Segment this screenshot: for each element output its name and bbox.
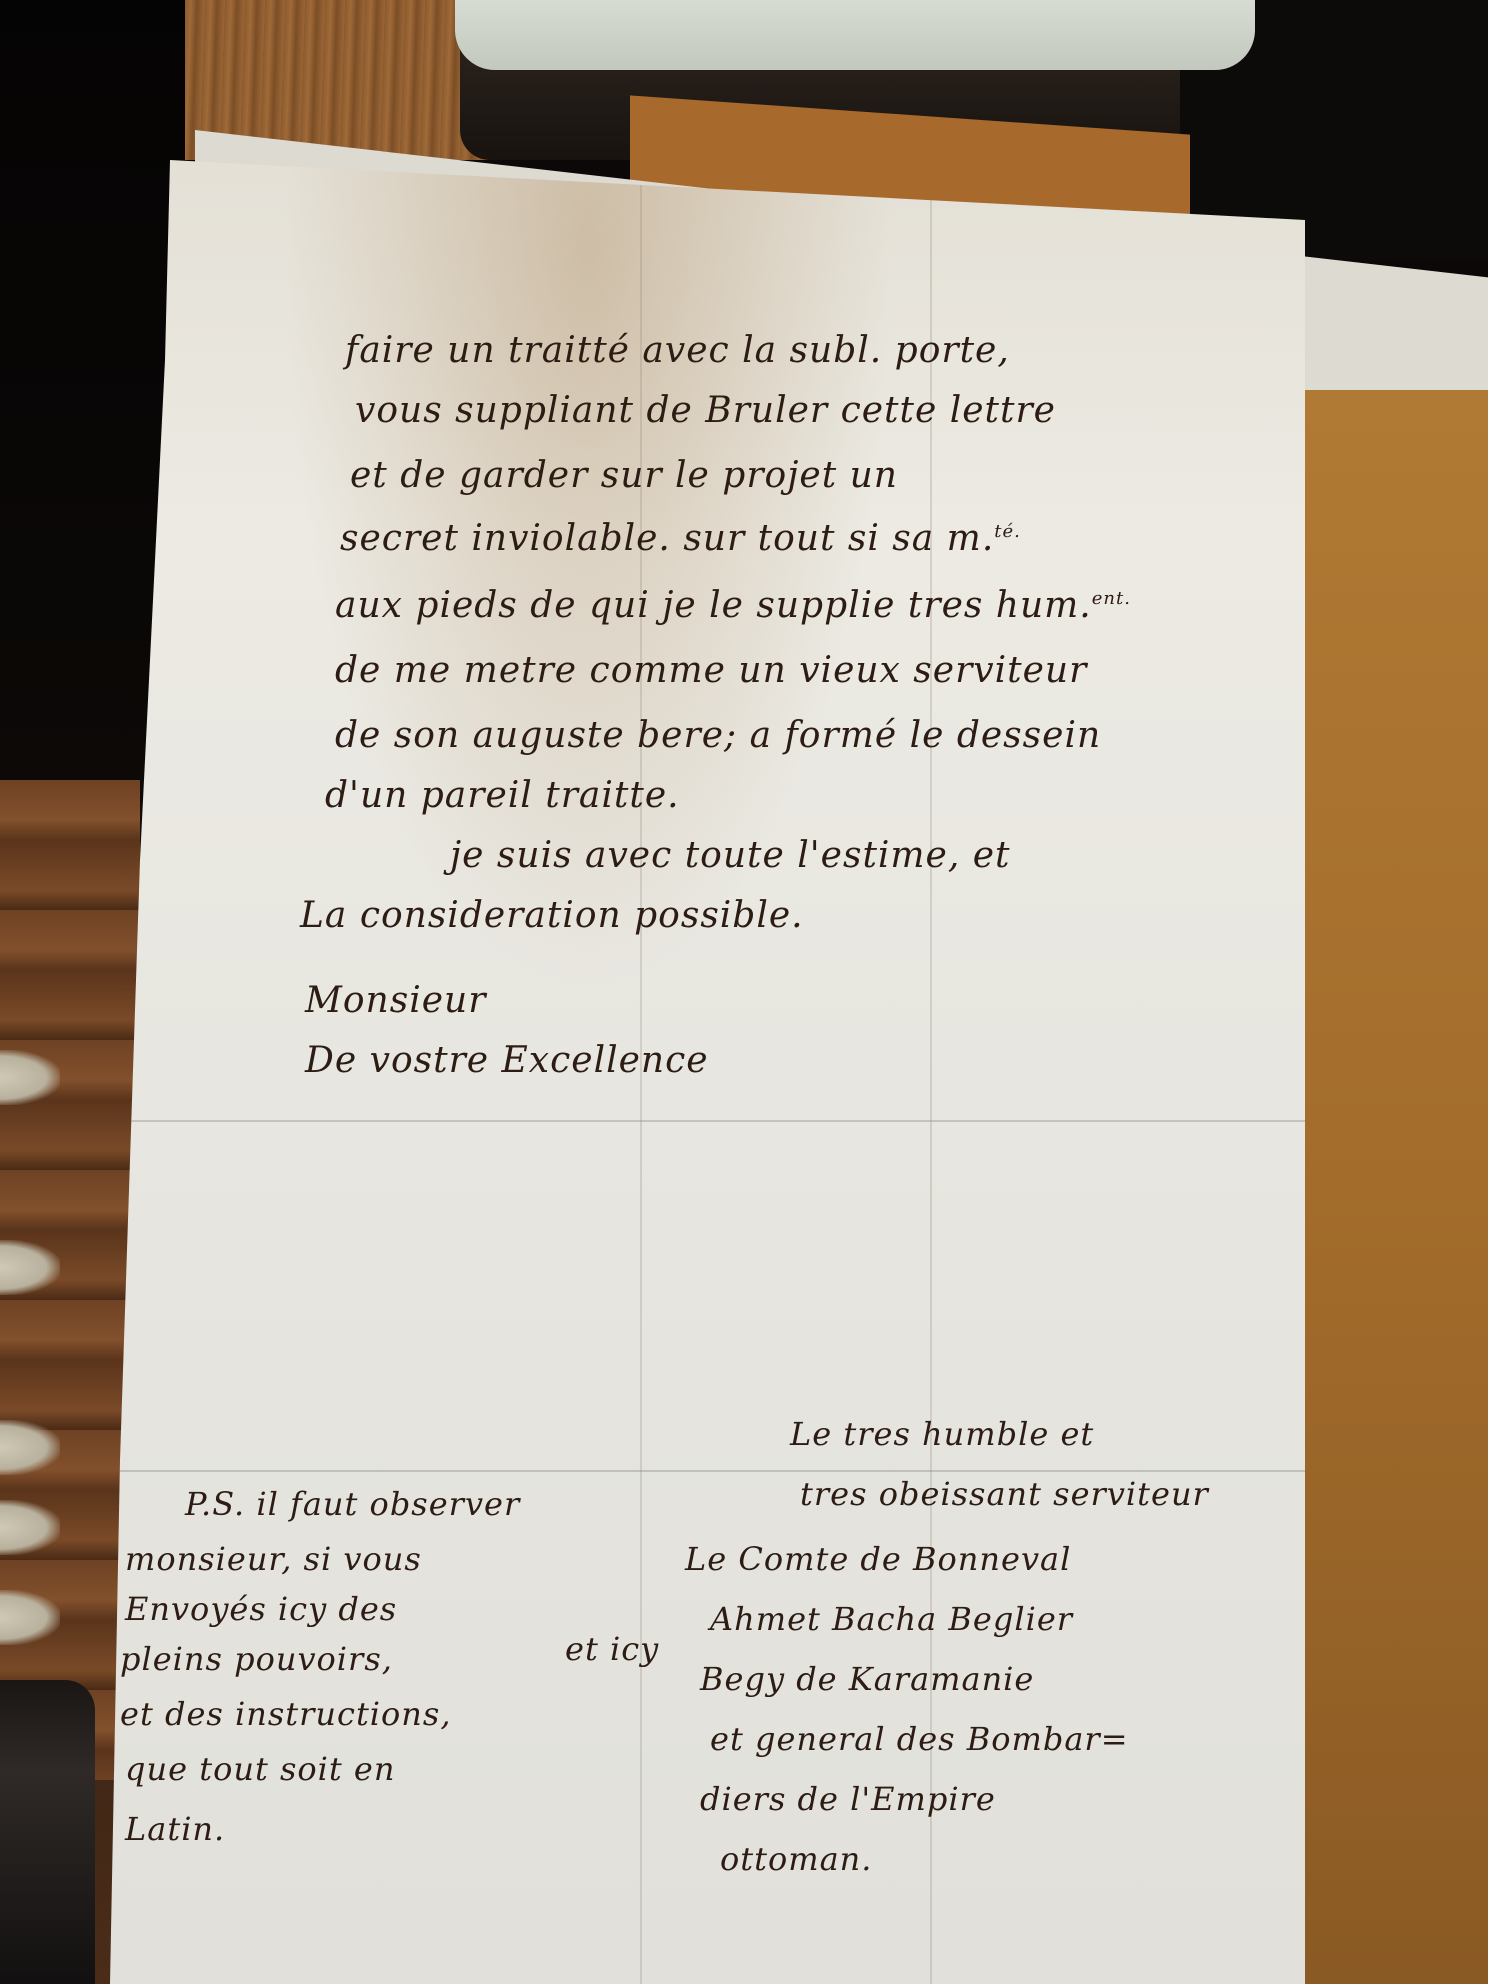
textile-fringe (0, 1420, 60, 1475)
signature-title: Ahmet Bacha Beglier (710, 1600, 1073, 1638)
superscript-abbrev: té. (994, 521, 1021, 542)
fold-line (110, 1120, 1305, 1122)
postscript-line: Latin. (125, 1810, 225, 1848)
postscript-line: pleins pouvoirs, (120, 1640, 393, 1678)
postscript-line: P.S. il faut observer (185, 1485, 520, 1523)
body-line: et de garder sur le projet un (350, 455, 898, 496)
body-line: aux pieds de qui je le supplie tres hum. (335, 585, 1092, 626)
signature-title: Begy de Karamanie (700, 1660, 1034, 1698)
letter-page: faire un traitté avec la subl. porte, vo… (110, 160, 1305, 1984)
textile-fringe (0, 1050, 60, 1105)
body-line: de son auguste bere; a formé le dessein (335, 715, 1101, 756)
salutation-line: Monsieur (305, 980, 486, 1021)
signature-title: et general des Bombar= (710, 1720, 1129, 1758)
body-line: secret inviolable. sur tout si sa m. (340, 518, 994, 559)
postscript-aside: et icy (565, 1630, 659, 1668)
textile-fringe (0, 1500, 60, 1555)
book-cover (455, 0, 1255, 70)
textile-fringe (0, 1240, 60, 1295)
body-line: de me metre comme un vieux serviteur (335, 650, 1087, 691)
manila-folder (1290, 390, 1488, 1984)
signature-line: tres obeissant serviteur (800, 1475, 1209, 1513)
closing-line: La consideration possible. (300, 895, 804, 936)
postscript-line: et des instructions, (120, 1695, 452, 1733)
postscript-line: que tout soit en (125, 1750, 395, 1788)
postscript-line: monsieur, si vous (125, 1540, 422, 1578)
closing-line: je suis avec toute l'estime, et (450, 835, 1011, 876)
body-line: faire un traitté avec la subl. porte, (345, 330, 1010, 371)
signature-line: Le tres humble et (790, 1415, 1094, 1453)
shoe (0, 1680, 95, 1984)
signature-name: Le Comte de Bonneval (685, 1540, 1071, 1578)
postscript-line: Envoyés icy des (125, 1590, 397, 1628)
superscript-abbrev: ent. (1092, 588, 1131, 609)
body-line: vous suppliant de Bruler cette lettre (355, 390, 1056, 431)
fold-line (110, 1470, 1305, 1472)
fold-line (930, 160, 932, 1984)
signature-title: diers de l'Empire (700, 1780, 996, 1818)
body-line: d'un pareil traitte. (325, 775, 680, 816)
salutation-line: De vostre Excellence (305, 1040, 709, 1081)
signature-title: ottoman. (720, 1840, 872, 1878)
textile-fringe (0, 1590, 60, 1645)
